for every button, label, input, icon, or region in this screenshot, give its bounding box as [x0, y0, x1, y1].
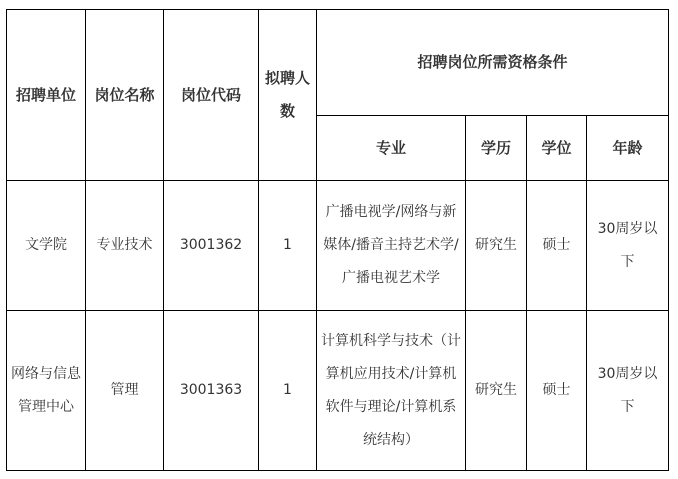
header-age: 年龄 — [587, 116, 669, 181]
cell-position-code: 3001362 — [164, 181, 259, 311]
header-degree: 学位 — [527, 116, 587, 181]
header-education: 学历 — [466, 116, 527, 181]
cell-position-name: 专业技术 — [86, 181, 164, 311]
cell-age: 30周岁以下 — [587, 311, 669, 471]
cell-major: 广播电视学/网络与新媒体/播音主持艺术学/广播电视艺术学 — [317, 181, 466, 311]
cell-education: 研究生 — [466, 181, 527, 311]
cell-age: 30周岁以下 — [587, 181, 669, 311]
cell-degree: 硕士 — [527, 181, 587, 311]
table-row: 网络与信息管理中心 管理 3001363 1 计算机科学与技术（计算机应用技术/… — [7, 311, 669, 471]
cell-position-name: 管理 — [86, 311, 164, 471]
cell-unit: 网络与信息管理中心 — [7, 311, 86, 471]
cell-major: 计算机科学与技术（计算机应用技术/计算机软件与理论/计算机系统结构） — [317, 311, 466, 471]
header-qualifications: 招聘岗位所需资格条件 — [317, 10, 669, 116]
header-major: 专业 — [317, 116, 466, 181]
cell-unit: 文学院 — [7, 181, 86, 311]
header-position-code: 岗位代码 — [164, 10, 259, 181]
header-unit: 招聘单位 — [7, 10, 86, 181]
header-position-name: 岗位名称 — [86, 10, 164, 181]
recruitment-table: 招聘单位 岗位名称 岗位代码 拟聘人数 招聘岗位所需资格条件 专业 学历 学位 … — [6, 9, 669, 471]
cell-headcount: 1 — [259, 181, 317, 311]
header-row-1: 招聘单位 岗位名称 岗位代码 拟聘人数 招聘岗位所需资格条件 — [7, 10, 669, 116]
cell-education: 研究生 — [466, 311, 527, 471]
cell-position-code: 3001363 — [164, 311, 259, 471]
table-row: 文学院 专业技术 3001362 1 广播电视学/网络与新媒体/播音主持艺术学/… — [7, 181, 669, 311]
cell-headcount: 1 — [259, 311, 317, 471]
cell-degree: 硕士 — [527, 311, 587, 471]
header-headcount: 拟聘人数 — [259, 10, 317, 181]
